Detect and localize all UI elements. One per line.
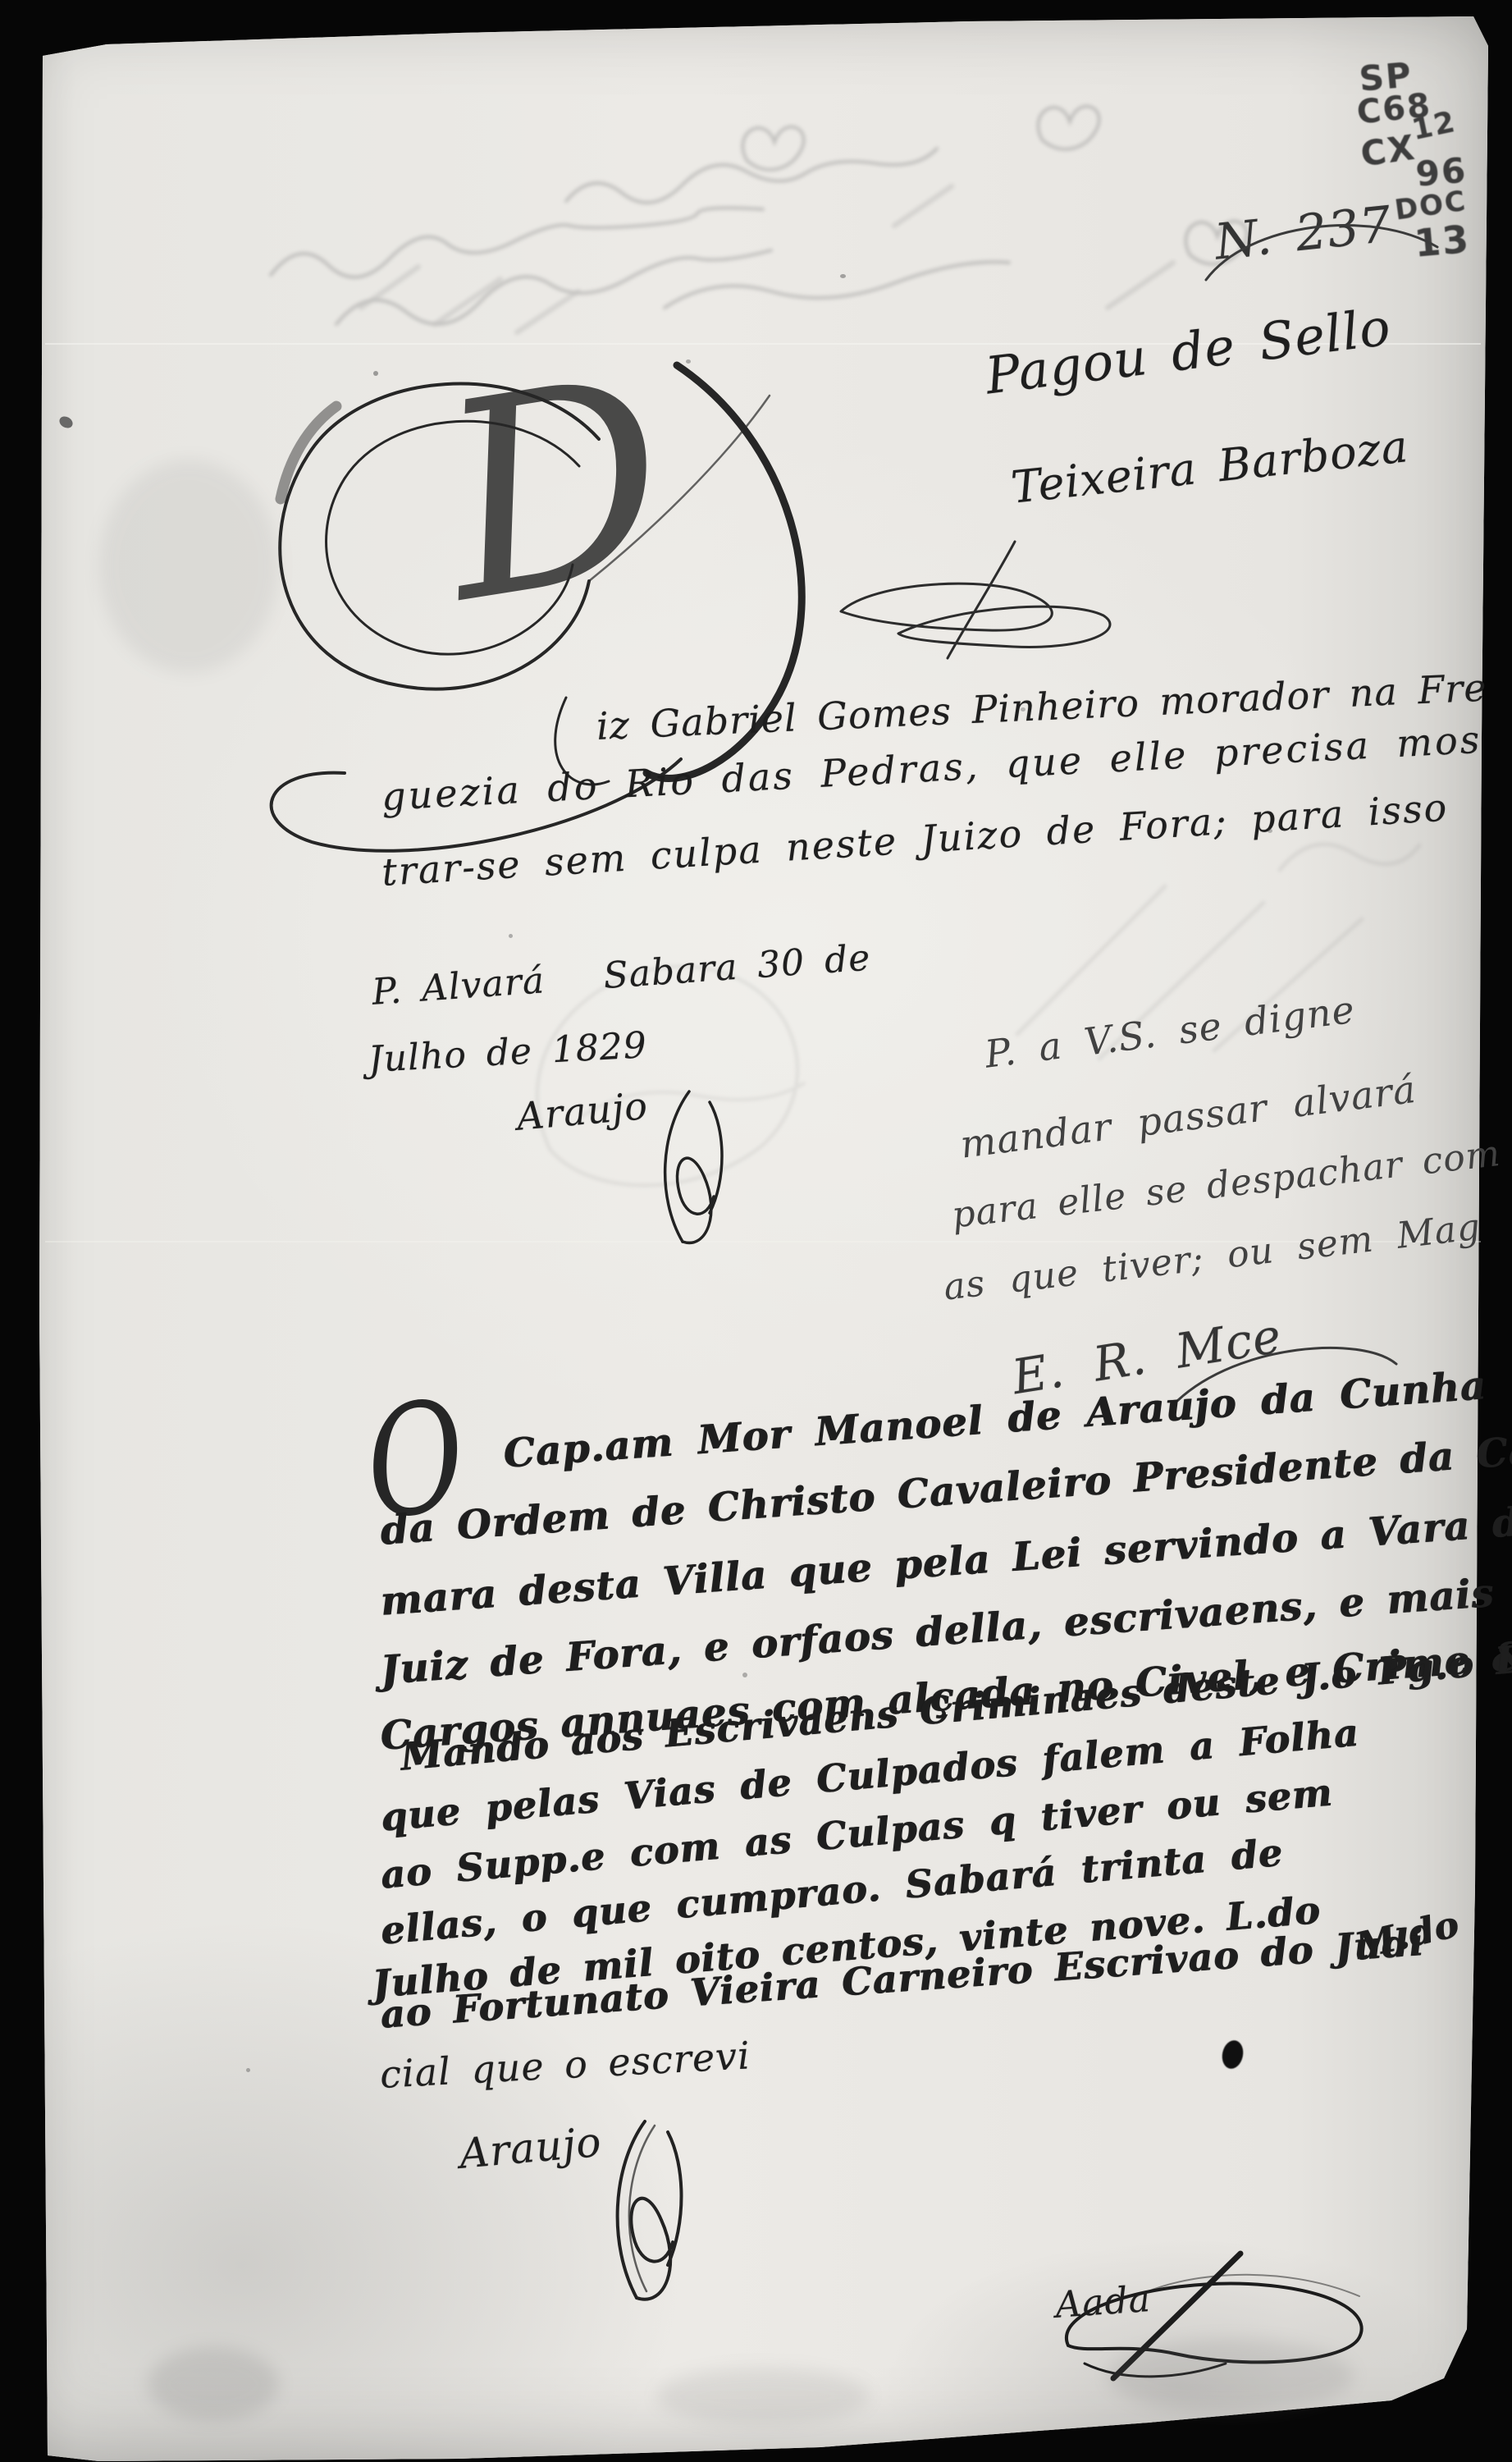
register-number-flourish	[1199, 202, 1446, 292]
paper-stain	[148, 2347, 279, 2421]
paper-stain	[656, 2368, 870, 2425]
paper-speck	[686, 359, 691, 364]
paper-stain	[1108, 2339, 1354, 2413]
paper-speck	[840, 274, 846, 278]
paper-speck	[509, 934, 513, 938]
archival-code-cx: CX	[1359, 130, 1418, 172]
scanned-manuscript-page: SP C68 12 CX 96 DOC 13 N. 237 Pagou de S…	[0, 0, 1512, 2462]
paper-stain	[98, 460, 279, 673]
araujo-signature-rubric	[579, 2109, 702, 2314]
araujo-signature-rubric	[632, 1082, 738, 1254]
paper-speck	[373, 371, 378, 376]
paper-speck	[1021, 707, 1026, 712]
stamp-signature-paraph	[825, 533, 1128, 665]
closing-paraph-text: Aada	[1054, 2281, 1152, 2324]
paper-speck	[1157, 1469, 1162, 1473]
paper-speck	[1268, 829, 1272, 833]
paper-speck	[246, 2068, 250, 2072]
paper-speck	[742, 1673, 747, 1677]
dispatch-signature: Araujo	[515, 1087, 650, 1136]
